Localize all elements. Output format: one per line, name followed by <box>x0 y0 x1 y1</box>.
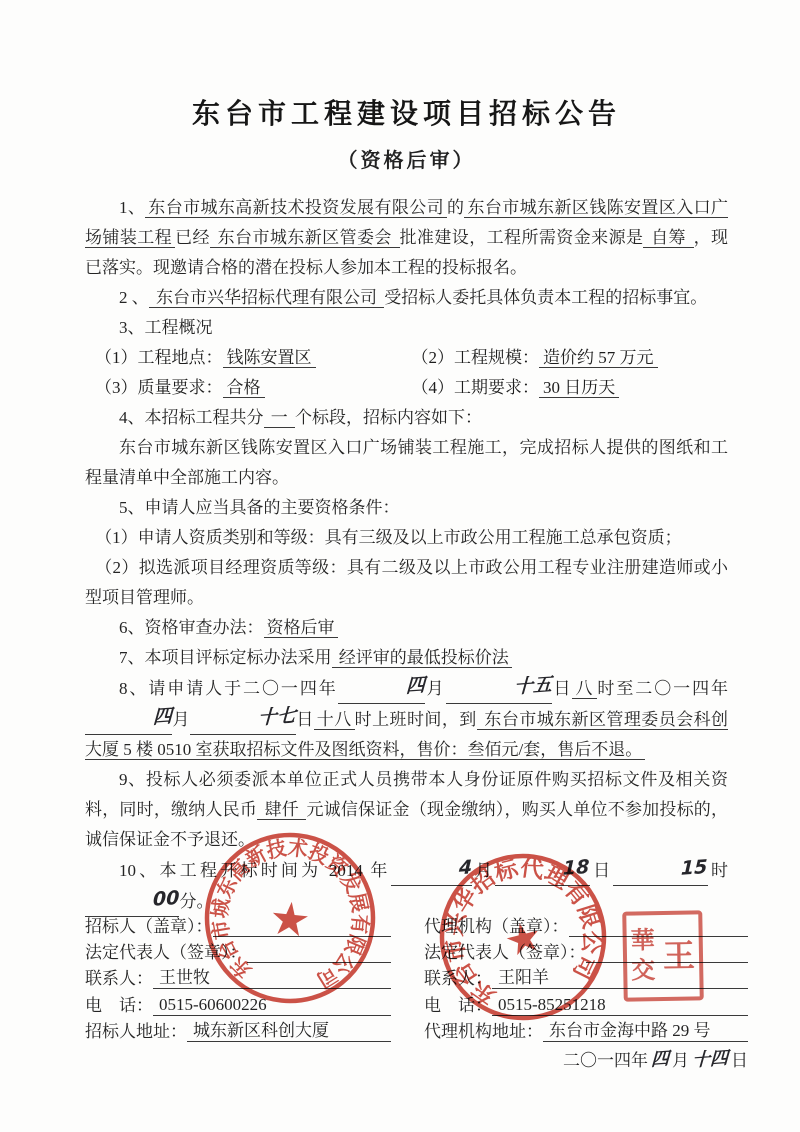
field-label: 招标人（盖章）： <box>85 916 213 937</box>
handwritten-month: 四 <box>119 703 173 733</box>
text-run: 分。 <box>179 892 213 911</box>
handwritten-day-slot: 十七 <box>190 704 296 735</box>
handwritten-minute: 00 <box>119 885 180 915</box>
handwritten-day-slot: 十五 <box>446 673 552 704</box>
handwritten-day-slot: 18 <box>495 855 589 886</box>
personal-name-seal-icon: 王 華 交 <box>622 910 704 1001</box>
text-run: 7、本项目评标定标办法采用 <box>119 648 332 667</box>
text-run: 个标段，招标内容如下： <box>295 408 482 427</box>
field-label: 代理机构（盖章）： <box>424 916 569 937</box>
handwritten-hour-slot: 15 <box>613 855 707 886</box>
overview-scale: （2）工程规模：造价约 57 万元 <box>412 343 729 373</box>
item-number: 2 、 <box>119 288 149 307</box>
paragraph-1: 1、东台市城东高新技术投资发展有限公司的东台市城东新区钱陈安置区入口广场铺装工程… <box>85 193 728 283</box>
address-value: 城东新区科创大厦 <box>187 1020 391 1042</box>
quality-value: 合格 <box>223 378 265 398</box>
agency-address-row: 代理机构地址：东台市金海中路 29 号 <box>424 1020 748 1042</box>
paragraph-3-heading: 3、工程概况 <box>85 313 728 343</box>
field-label: 电 话： <box>424 995 492 1016</box>
seal-char-top: 華 <box>630 926 655 956</box>
text-run: 的 <box>447 198 464 217</box>
paragraph-8: 8、请申请人于二〇一四年四月十五日八时至二〇一四年四月十七日十八时上班时间，到 … <box>85 673 728 765</box>
field-label: （4）工期要求： <box>412 378 540 397</box>
paragraph-5-item-1: （1）申请人资质类别和等级：具有三级及以上市政公用工程施工总承包资质； <box>85 523 728 553</box>
text-run: 日 <box>731 1049 748 1073</box>
funding-source: 自筹 <box>643 228 693 248</box>
item-number: 1、 <box>119 198 145 217</box>
page-subtitle: （资格后审） <box>85 144 728 173</box>
handwritten-month: 四 <box>651 1046 670 1073</box>
bidder-company-name: 东台市城东高新技术投资发展有限公司 <box>145 198 447 218</box>
contact-person-value: 王世牧 <box>153 967 391 989</box>
text-run: 4、本招标工程共分 <box>119 408 264 427</box>
bidder-contact-person-row: 联系人：王世牧 <box>85 967 391 989</box>
scale-value: 造价约 57 万元 <box>539 348 658 368</box>
field-label: 电 话： <box>85 995 153 1016</box>
overview-location: （1）工程地点：钱陈安置区 <box>95 343 412 373</box>
bidder-address-row: 招标人地址：城东新区科创大厦 <box>85 1020 391 1042</box>
seal-left-column: 華 交 <box>630 926 655 986</box>
field-label: 联系人： <box>424 968 492 989</box>
document-body: 东台市工程建设项目招标公告 （资格后审） 1、东台市城东高新技术投资发展有限公司… <box>85 92 728 917</box>
phone-value: 0515-60600226 <box>153 994 391 1016</box>
paragraph-9: 9、投标人必须委派本单位正式人员携带本人身份证原件购买招标文件及相关资料，同时，… <box>85 765 728 855</box>
field-label: （2）工程规模： <box>412 348 540 367</box>
evaluation-method: 经评审的最低投标价法 <box>332 648 512 668</box>
text-run: 已经 <box>175 228 210 247</box>
text-run: 时上班时间，到 <box>355 710 477 729</box>
document-date-row: 二〇一四年四月十四日 <box>424 1047 748 1073</box>
handwritten-month: 四 <box>371 672 425 702</box>
text-run: 月 <box>472 861 495 880</box>
location-value: 钱陈安置区 <box>223 348 316 368</box>
field-label: 法定代表人（签章）： <box>85 942 247 963</box>
blank-line <box>213 936 392 937</box>
deposit-amount: 肆仟 <box>257 800 306 820</box>
seal-char-bottom: 交 <box>631 956 656 986</box>
handwritten-month-slot: 四 <box>338 673 425 704</box>
duration-value: 30 日历天 <box>539 378 619 398</box>
paragraph-10: 10、本工程开标时间为 2014 年4月18日15时00分。 <box>85 855 728 917</box>
agency-company-name: 东台市兴华招标代理有限公司 <box>149 288 385 308</box>
start-hour: 八 <box>572 679 597 699</box>
page-title: 东台市工程建设项目招标公告 <box>85 92 728 132</box>
approval-authority: 东台市城东新区管委会 <box>210 228 400 248</box>
handwritten-hour: 15 <box>647 854 708 884</box>
paragraph-5-item-2: （2）拟选派项目经理资质等级：具有二级及以上市政公用工程专业注册建造师或小型项目… <box>85 553 728 613</box>
text-run: 受招标人委托具体负责本工程的招标事宜。 <box>384 288 707 307</box>
text-run: 月 <box>172 710 190 729</box>
overview-quality: （3）质量要求：合格 <box>95 373 412 403</box>
bidder-stamp-row: 招标人（盖章）： <box>85 916 391 937</box>
field-label: 招标人地址： <box>85 1021 187 1042</box>
text-run: 月 <box>425 679 446 698</box>
field-label: 联系人： <box>85 968 153 989</box>
overview-duration: （4）工期要求：30 日历天 <box>412 373 729 403</box>
field-label: （1）工程地点： <box>95 348 223 367</box>
handwritten-day: 十四 <box>692 1045 729 1074</box>
text-run: 时 <box>708 861 728 880</box>
text-run: 日 <box>552 679 573 698</box>
text-run: 时至二〇一四年 <box>597 679 728 698</box>
text-run: 6、资格审查办法： <box>119 618 264 637</box>
text-run: 月 <box>672 1049 689 1073</box>
paragraph-7: 7、本项目评标定标办法采用 经评审的最低投标价法 <box>85 643 728 673</box>
end-hour: 十八 <box>314 710 355 730</box>
handwritten-day: 十七 <box>224 702 297 733</box>
handwritten-day: 18 <box>529 854 590 884</box>
qualification-review-method: 资格后审 <box>264 618 338 638</box>
paragraph-4-body: 东台市城东新区钱陈安置区入口广场铺装工程施工，完成招标人提供的图纸和工程量清单中… <box>85 433 728 493</box>
scanned-tender-announcement-page: 东台市工程建设项目招标公告 （资格后审） 1、东台市城东高新技术投资发展有限公司… <box>0 0 800 1132</box>
paragraph-5-heading: 5、申请人应当具备的主要资格条件： <box>85 493 728 523</box>
text-run: 日 <box>296 710 314 729</box>
project-overview-row-1: （1）工程地点：钱陈安置区 （2）工程规模：造价约 57 万元 <box>85 343 728 373</box>
bidder-contact-block: 招标人（盖章）： 法定代表人（签章）： 联系人：王世牧 电 话：0515-606… <box>85 916 391 1047</box>
contact-person-value: 王阳羊 <box>492 967 748 989</box>
text-run: 8、请申请人于二〇一四年 <box>119 679 338 698</box>
blank-line <box>247 962 392 963</box>
handwritten-month-slot: 4 <box>391 855 472 886</box>
project-overview-row-2: （3）质量要求：合格 （4）工期要求：30 日历天 <box>85 373 728 403</box>
seal-char-right: 王 <box>663 939 696 972</box>
paragraph-2: 2 、 东台市兴华招标代理有限公司 受招标人委托具体负责本工程的招标事宜。 <box>85 283 728 313</box>
handwritten-month: 4 <box>424 854 472 883</box>
field-label: 代理机构地址： <box>424 1021 543 1042</box>
text-run: 批准建设，工程所需资金来源是 <box>400 228 644 247</box>
phone-value: 0515-85251218 <box>492 994 748 1016</box>
handwritten-month-slot: 四 <box>85 704 172 735</box>
field-label: （3）质量要求： <box>95 378 223 397</box>
paragraph-4: 4、本招标工程共分 一 个标段，招标内容如下： <box>85 403 728 433</box>
paragraph-6: 6、资格审查办法：资格后审 <box>85 613 728 643</box>
text-run: 日 <box>590 861 613 880</box>
text-run: 10、本工程开标时间为 2014 年 <box>119 861 391 880</box>
text-run: 二〇一四年 <box>563 1049 648 1073</box>
section-count: 一 <box>264 408 296 428</box>
bidder-phone-row: 电 话：0515-60600226 <box>85 994 391 1016</box>
bidder-representative-row: 法定代表人（签章）： <box>85 942 391 963</box>
address-value: 东台市金海中路 29 号 <box>543 1020 748 1042</box>
handwritten-day: 十五 <box>479 671 552 702</box>
handwritten-minute-slot: 00 <box>85 886 179 917</box>
field-label: 法定代表人（签章）： <box>424 942 586 963</box>
